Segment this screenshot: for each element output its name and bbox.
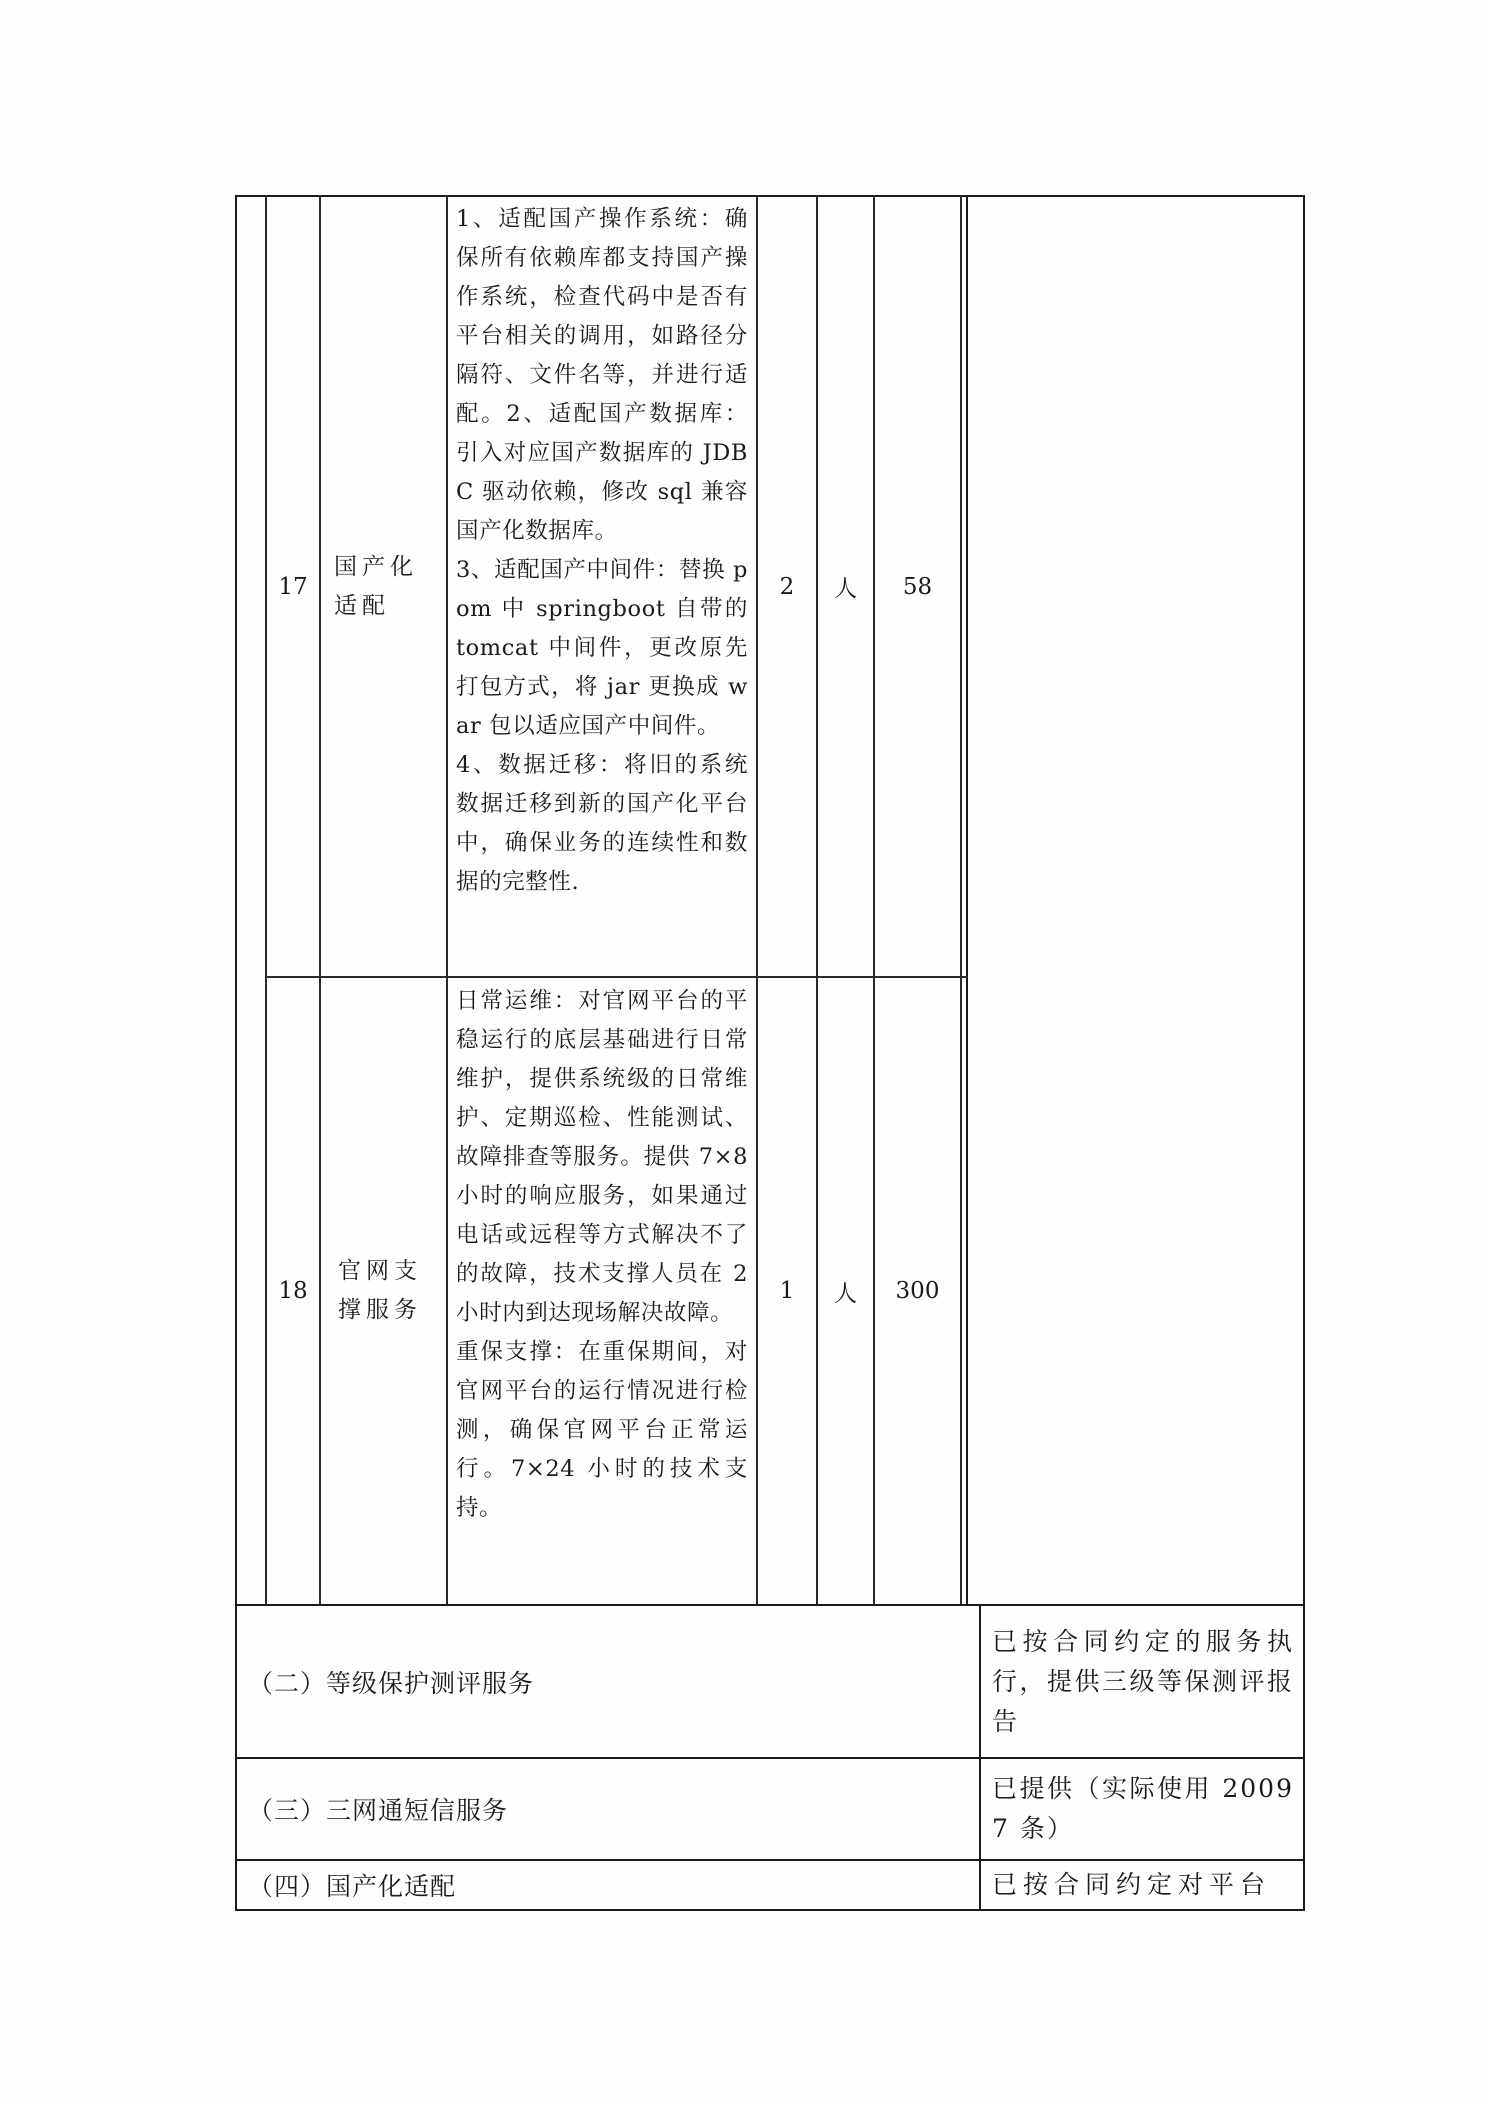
row-18-quantity: 1 [758,978,816,1604]
row-18-description: 日常运维：对官网平台的平稳运行的底层基础进行日常维护，提供系统级的日常维护、定期… [456,982,748,1528]
quantity-value: 2 [780,574,795,600]
amount-value: 58 [903,574,932,600]
row-18-index: 18 [267,978,319,1604]
section-2-status: 已按合同约定的服务执行，提供三级等保测评报告 [992,1606,1294,1757]
description-paragraph: 4、数据迁移：将旧的系统数据迁移到新的国产化平台中，确保业务的连续性和数据的完整… [456,746,748,902]
col-line-desc-left [446,195,448,1605]
description-paragraph: 1、适配国产操作系统：确保所有依赖库都支持国产操作系统，检查代码中是否有平台相关… [456,200,748,551]
col-line-name-left [319,195,321,1605]
document-page: 17 国产化 适配 1、适配国产操作系统：确保所有依赖库都支持国产操作系统，检查… [0,0,1488,2104]
row-18-name: 官网支 撑服务 [338,978,446,1604]
row-17-description: 1、适配国产操作系统：确保所有依赖库都支持国产操作系统，检查代码中是否有平台相关… [456,200,748,902]
unit-value: 人 [834,570,857,603]
description-paragraph: 日常运维：对官网平台的平稳运行的底层基础进行日常维护，提供系统级的日常维护、定期… [456,982,748,1333]
table-border-right [1303,195,1305,1911]
col-line-remark-left [966,195,968,1605]
section-4-status: 已按合同约定对平台 [992,1861,1294,1909]
row-name-line1: 国产化 [334,548,418,587]
section-label-text: （四）国产化适配 [248,1867,456,1903]
section-3-status: 已提供（实际使用 20097 条） [992,1759,1294,1859]
row-index: 17 [278,574,307,600]
amount-value: 300 [896,1278,940,1304]
row-name-line1: 官网支 [338,1252,422,1291]
row-index: 18 [278,1278,307,1304]
table-border-left [235,195,237,1911]
row-18-amount: 300 [875,978,960,1604]
row-name-line2: 撑服务 [338,1291,422,1330]
section-2-label: （二）等级保护测评服务 [248,1606,968,1757]
row-17-unit: 人 [818,197,873,976]
unit-value: 人 [834,1275,857,1308]
row-17-quantity: 2 [758,197,816,976]
description-paragraph: 重保支撑：在重保期间，对官网平台的运行情况进行检测，确保官网平台正常运行。7×2… [456,1333,748,1528]
section-status-text: 已按合同约定对平台 [992,1865,1271,1905]
row-18-unit: 人 [818,978,873,1604]
row-name-line2: 适配 [334,587,418,626]
table-border-bottom [235,1909,1305,1911]
row-17-amount: 58 [875,197,960,976]
section-3-label: （三）三网通短信服务 [248,1759,968,1859]
row-17-index: 17 [267,197,319,976]
quantity-value: 1 [780,1278,795,1304]
section-4-label: （四）国产化适配 [248,1861,968,1909]
description-paragraph: 3、适配国产中间件：替换 pom 中 springboot 自带的 tomcat… [456,551,748,746]
section-label-text: （三）三网通短信服务 [248,1791,508,1827]
section-status-text: 已按合同约定的服务执行，提供三级等保测评报告 [992,1622,1294,1742]
col-line-amount-right [960,195,962,1605]
row-17-name: 国产化 适配 [334,197,446,976]
section-status-text: 已提供（实际使用 20097 条） [992,1769,1294,1849]
section-label-text: （二）等级保护测评服务 [248,1664,534,1700]
